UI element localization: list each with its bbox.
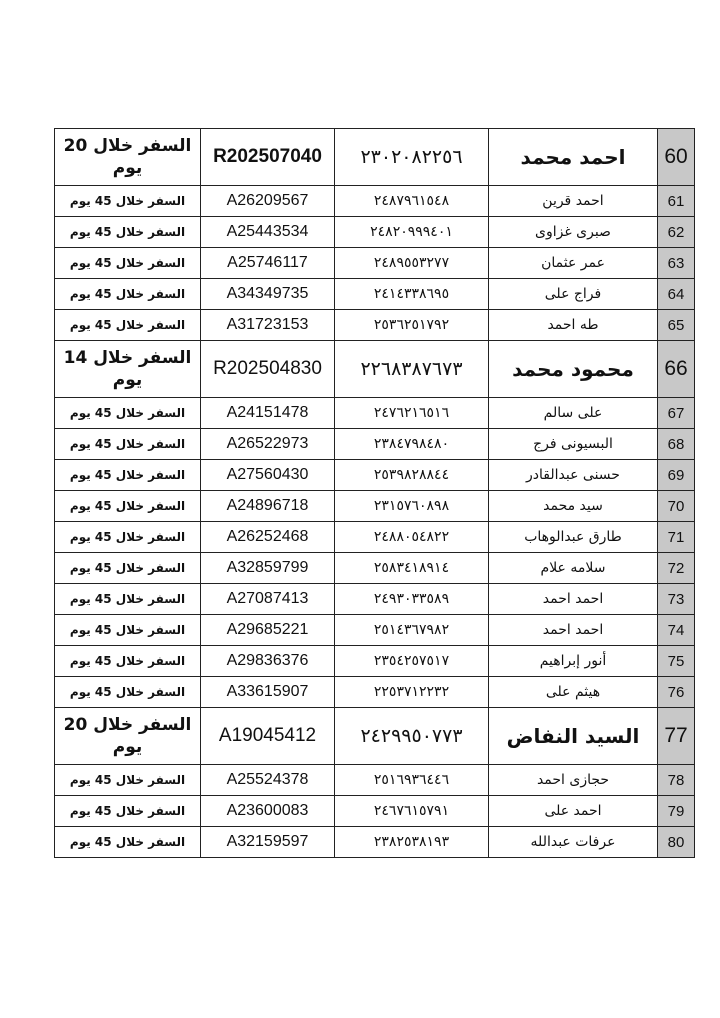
national-id: ٢٣١٥٧٦٠٨٩٨ [335, 491, 489, 522]
passport-number: A26209567 [201, 186, 335, 217]
passport-number: A32859799 [201, 553, 335, 584]
person-name: فراج على [489, 279, 658, 310]
person-name: حجازى احمد [489, 765, 658, 796]
row-number: 76 [658, 677, 695, 708]
person-name: أنور إبراهيم [489, 646, 658, 677]
national-id: ٢٤١٤٣٣٨٦٩٥ [335, 279, 489, 310]
row-number: 71 [658, 522, 695, 553]
travel-list-table: 60احمد محمد٢٣٠٢٠٨٢٢٥٦R202507040السفر خلا… [54, 128, 695, 858]
passport-number: A29836376 [201, 646, 335, 677]
passport-number: A25746117 [201, 248, 335, 279]
passport-number: A29685221 [201, 615, 335, 646]
travel-status: السفر خلال 45 يوم [55, 615, 201, 646]
row-number: 79 [658, 796, 695, 827]
person-name: طارق عبدالوهاب [489, 522, 658, 553]
person-name: احمد احمد [489, 584, 658, 615]
national-id: ٢٥١٤٣٦٧٩٨٢ [335, 615, 489, 646]
row-number: 68 [658, 429, 695, 460]
passport-number: A32159597 [201, 827, 335, 858]
person-name: احمد قرين [489, 186, 658, 217]
row-number: 69 [658, 460, 695, 491]
national-id: ٢٣٠٢٠٨٢٢٥٦ [335, 129, 489, 186]
passport-number: A24151478 [201, 398, 335, 429]
row-number: 78 [658, 765, 695, 796]
passport-number: A26522973 [201, 429, 335, 460]
travel-status: السفر خلال 45 يوم [55, 765, 201, 796]
row-number: 74 [658, 615, 695, 646]
row-number: 75 [658, 646, 695, 677]
row-number: 64 [658, 279, 695, 310]
person-name: هيثم على [489, 677, 658, 708]
person-name: سيد محمد [489, 491, 658, 522]
person-name: البسيونى فرج [489, 429, 658, 460]
row-number: 65 [658, 310, 695, 341]
travel-status: السفر خلال 45 يوم [55, 522, 201, 553]
row-number: 62 [658, 217, 695, 248]
table-row: 68البسيونى فرج٢٣٨٤٧٩٨٤٨٠A26522973السفر خ… [55, 429, 695, 460]
passport-number: R202504830 [201, 341, 335, 398]
table-row: 78حجازى احمد٢٥١٦٩٣٦٤٤٦A25524378السفر خلا… [55, 765, 695, 796]
person-name: عرفات عبدالله [489, 827, 658, 858]
national-id: ٢٤٨٢٠٩٩٩٤٠١ [335, 217, 489, 248]
travel-status: السفر خلال 45 يوم [55, 460, 201, 491]
person-name: سلامه علام [489, 553, 658, 584]
table-row: 76هيثم على٢٢٥٣٧١٢٢٣٢A33615907السفر خلال … [55, 677, 695, 708]
table-row: 74احمد احمد٢٥١٤٣٦٧٩٨٢A29685221السفر خلال… [55, 615, 695, 646]
row-number: 66 [658, 341, 695, 398]
national-id: ٢٤٧٦٢١٦٥١٦ [335, 398, 489, 429]
national-id: ٢٥١٦٩٣٦٤٤٦ [335, 765, 489, 796]
table-row: 63عمر عثمان٢٤٨٩٥٥٣٢٧٧A25746117السفر خلال… [55, 248, 695, 279]
passport-number: R202507040 [201, 129, 335, 186]
national-id: ٢٥٣٦٢٥١٧٩٢ [335, 310, 489, 341]
row-number: 63 [658, 248, 695, 279]
travel-status: السفر خلال 45 يوم [55, 677, 201, 708]
travel-status: السفر خلال 45 يوم [55, 429, 201, 460]
person-name: احمد محمد [489, 129, 658, 186]
travel-status: السفر خلال 45 يوم [55, 186, 201, 217]
row-number: 61 [658, 186, 695, 217]
passport-number: A31723153 [201, 310, 335, 341]
table-row: 75أنور إبراهيم٢٣٥٤٢٥٧٥١٧A29836376السفر خ… [55, 646, 695, 677]
national-id: ٢٣٨٤٧٩٨٤٨٠ [335, 429, 489, 460]
row-number: 70 [658, 491, 695, 522]
person-name: طه احمد [489, 310, 658, 341]
national-id: ٢٤٢٩٩٥٠٧٧٣ [335, 708, 489, 765]
passport-number: A27087413 [201, 584, 335, 615]
travel-status: السفر خلال 45 يوم [55, 248, 201, 279]
national-id: ٢٣٨٢٥٣٨١٩٣ [335, 827, 489, 858]
travel-status: السفر خلال 45 يوم [55, 584, 201, 615]
person-name: صبرى غزاوى [489, 217, 658, 248]
table-row: 62صبرى غزاوى٢٤٨٢٠٩٩٩٤٠١A25443534السفر خل… [55, 217, 695, 248]
table-row: 65طه احمد٢٥٣٦٢٥١٧٩٢A31723153السفر خلال 4… [55, 310, 695, 341]
national-id: ٢٤٨٨٠٥٤٨٢٢ [335, 522, 489, 553]
travel-status: السفر خلال 20 يوم [55, 708, 201, 765]
travel-status: السفر خلال 20 يوم [55, 129, 201, 186]
passport-number: A25524378 [201, 765, 335, 796]
national-id: ٢٥٨٣٤١٨٩١٤ [335, 553, 489, 584]
travel-status: السفر خلال 14 يوم [55, 341, 201, 398]
travel-status: السفر خلال 45 يوم [55, 796, 201, 827]
table-row: 67على سالم٢٤٧٦٢١٦٥١٦A24151478السفر خلال … [55, 398, 695, 429]
passport-number: A34349735 [201, 279, 335, 310]
travel-status: السفر خلال 45 يوم [55, 217, 201, 248]
table-row: 60احمد محمد٢٣٠٢٠٨٢٢٥٦R202507040السفر خلا… [55, 129, 695, 186]
row-number: 72 [658, 553, 695, 584]
person-name: محمود محمد [489, 341, 658, 398]
passport-number: A23600083 [201, 796, 335, 827]
table-row: 70سيد محمد٢٣١٥٧٦٠٨٩٨A24896718السفر خلال … [55, 491, 695, 522]
table-row: 71طارق عبدالوهاب٢٤٨٨٠٥٤٨٢٢A26252468السفر… [55, 522, 695, 553]
row-number: 77 [658, 708, 695, 765]
national-id: ٢٥٣٩٨٢٨٨٤٤ [335, 460, 489, 491]
travel-status: السفر خلال 45 يوم [55, 398, 201, 429]
travel-status: السفر خلال 45 يوم [55, 310, 201, 341]
passport-number: A33615907 [201, 677, 335, 708]
passport-number: A27560430 [201, 460, 335, 491]
table-row: 64فراج على٢٤١٤٣٣٨٦٩٥A34349735السفر خلال … [55, 279, 695, 310]
travel-status: السفر خلال 45 يوم [55, 553, 201, 584]
national-id: ٢٤٦٧٦١٥٧٩١ [335, 796, 489, 827]
national-id: ٢٣٥٤٢٥٧٥١٧ [335, 646, 489, 677]
travel-status: السفر خلال 45 يوم [55, 827, 201, 858]
travel-status: السفر خلال 45 يوم [55, 279, 201, 310]
person-name: احمد على [489, 796, 658, 827]
person-name: السيد النفاض [489, 708, 658, 765]
person-name: عمر عثمان [489, 248, 658, 279]
table-row: 77السيد النفاض٢٤٢٩٩٥٠٧٧٣A19045412السفر خ… [55, 708, 695, 765]
person-name: على سالم [489, 398, 658, 429]
national-id: ٢٢٥٣٧١٢٢٣٢ [335, 677, 489, 708]
row-number: 80 [658, 827, 695, 858]
passport-number: A19045412 [201, 708, 335, 765]
row-number: 67 [658, 398, 695, 429]
table-row: 61احمد قرين٢٤٨٧٩٦١٥٤٨A26209567السفر خلال… [55, 186, 695, 217]
travel-status: السفر خلال 45 يوم [55, 491, 201, 522]
passport-number: A24896718 [201, 491, 335, 522]
row-number: 60 [658, 129, 695, 186]
table-body: 60احمد محمد٢٣٠٢٠٨٢٢٥٦R202507040السفر خلا… [55, 129, 695, 858]
national-id: ٢٤٩٣٠٣٣٥٨٩ [335, 584, 489, 615]
person-name: حسنى عبدالقادر [489, 460, 658, 491]
table-row: 66محمود محمد٢٢٦٨٣٨٧٦٧٣R202504830السفر خل… [55, 341, 695, 398]
national-id: ٢٤٨٧٩٦١٥٤٨ [335, 186, 489, 217]
national-id: ٢٢٦٨٣٨٧٦٧٣ [335, 341, 489, 398]
table-row: 69حسنى عبدالقادر٢٥٣٩٨٢٨٨٤٤A27560430السفر… [55, 460, 695, 491]
row-number: 73 [658, 584, 695, 615]
table-row: 80عرفات عبدالله٢٣٨٢٥٣٨١٩٣A32159597السفر … [55, 827, 695, 858]
table-row: 72سلامه علام٢٥٨٣٤١٨٩١٤A32859799السفر خلا… [55, 553, 695, 584]
person-name: احمد احمد [489, 615, 658, 646]
table-row: 79احمد على٢٤٦٧٦١٥٧٩١A23600083السفر خلال … [55, 796, 695, 827]
passport-number: A25443534 [201, 217, 335, 248]
travel-status: السفر خلال 45 يوم [55, 646, 201, 677]
passport-number: A26252468 [201, 522, 335, 553]
national-id: ٢٤٨٩٥٥٣٢٧٧ [335, 248, 489, 279]
table-row: 73احمد احمد٢٤٩٣٠٣٣٥٨٩A27087413السفر خلال… [55, 584, 695, 615]
